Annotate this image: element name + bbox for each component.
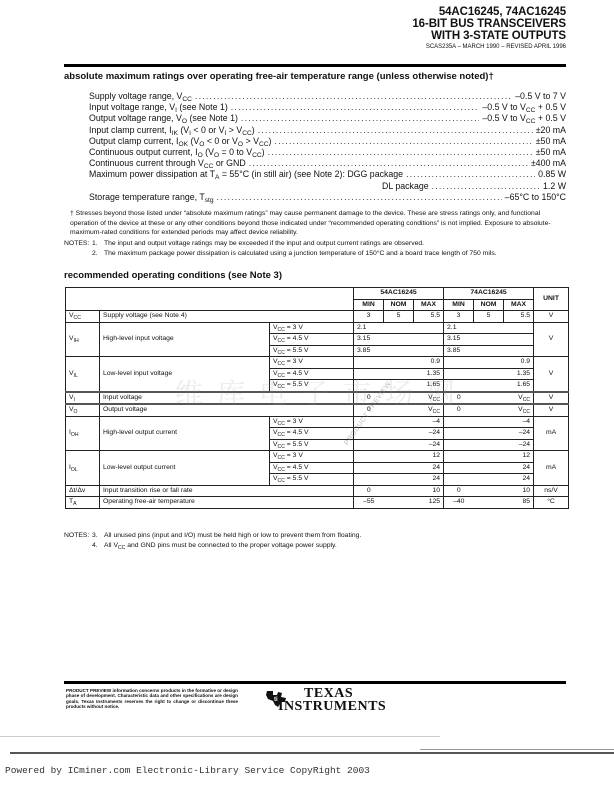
- rating-label: Supply voltage range, VCC: [89, 91, 192, 101]
- rating-row: Output voltage range, VO (see Note 1)...…: [89, 113, 566, 124]
- rating-label: Continuous output current, IO (VO = 0 to…: [89, 147, 265, 157]
- ti-logo: ti TEXAS INSTRUMENTS: [264, 687, 386, 713]
- powered-by-text: Powered by ICminer.com Electronic-Librar…: [5, 765, 370, 776]
- product-preview-note: PRODUCT PREVIEW information concerns pro…: [66, 688, 238, 710]
- scan-artifact-line: [10, 752, 614, 754]
- scan-artifact-line: [0, 736, 440, 737]
- logo-instruments: INSTRUMENTS: [278, 700, 386, 713]
- rating-value: 1.2 W: [543, 181, 566, 191]
- leader-dots: ........................................…: [217, 192, 502, 202]
- abs-max-footnote: † Stresses beyond those listed under “ab…: [64, 209, 569, 238]
- rating-value: –65°C to 150°C: [505, 192, 566, 202]
- rating-value: –0.5 V to VCC + 0.5 V: [482, 113, 566, 123]
- rating-row: DL package..............................…: [89, 181, 566, 192]
- leader-dots: ........................................…: [195, 91, 512, 101]
- leader-dots: ........................................…: [274, 136, 532, 146]
- rating-row: Input clamp current, IIK (VI < 0 or VI >…: [89, 125, 566, 136]
- table-row: VILLow-level input voltageVCC = 3 V0.90.…: [66, 357, 569, 369]
- leader-dots: ........................................…: [241, 113, 479, 123]
- leader-dots: ........................................…: [432, 181, 540, 191]
- rating-row: Maximum power dissipation at TA = 55°C (…: [89, 169, 566, 180]
- rating-row: Continuous output current, IO (VO = 0 to…: [89, 147, 566, 158]
- rating-value: ±400 mA: [531, 158, 566, 168]
- table-row: IOLLow-level output currentVCC = 3 V1212…: [66, 451, 569, 463]
- note-item: 4.All VCC and GND pins must be connected…: [64, 541, 361, 551]
- rating-value: ±50 mA: [536, 136, 566, 146]
- footer-rule: [64, 681, 566, 684]
- recommended-operating-conditions-table: 54AC1624574AC16245UNITMINNOMMAXMINNOMMAX…: [65, 287, 569, 509]
- document-header: 54AC16245, 74AC16245 16-BIT BUS TRANSCEI…: [412, 6, 566, 51]
- rating-value: –0.5 V to VCC + 0.5 V: [482, 102, 566, 112]
- notes-3-4: NOTES:3.All unused pins (input and I/O) …: [64, 531, 361, 550]
- rating-row: Output clamp current, IOK (VO < 0 or VO …: [89, 136, 566, 147]
- rating-label: Maximum power dissipation at TA = 55°C (…: [89, 169, 403, 179]
- rating-label: DL package: [89, 181, 429, 191]
- leader-dots: ........................................…: [249, 158, 528, 168]
- rating-row: Input voltage range, VI (see Note 1)....…: [89, 102, 566, 113]
- rating-value: ±20 mA: [536, 125, 566, 135]
- scan-artifact-line: [420, 749, 614, 750]
- table-row: VIHHigh-level input voltageVCC = 3 V2.12…: [66, 322, 569, 334]
- rating-value: –0.5 V to 7 V: [515, 91, 566, 101]
- table-row: IOHHigh-level output currentVCC = 3 V–4–…: [66, 416, 569, 428]
- leader-dots: ........................................…: [406, 169, 535, 179]
- rating-label: Output clamp current, IOK (VO < 0 or VO …: [89, 136, 271, 146]
- table-row: VOOutput voltage0VCC0VCCV: [66, 404, 569, 416]
- rating-label: Storage temperature range, Tstg: [89, 192, 214, 202]
- part-numbers: 54AC16245, 74AC16245: [412, 6, 566, 18]
- roc-title: recommended operating conditions (see No…: [64, 270, 282, 281]
- abs-max-list: Supply voltage range, VCC...............…: [89, 91, 566, 203]
- header-rule: [64, 64, 566, 67]
- table-row: VCCSupply voltage (see Note 4)355.5355.5…: [66, 311, 569, 323]
- rating-row: Storage temperature range, Tstg.........…: [89, 192, 566, 203]
- notes-1-2: NOTES:1.The input and output voltage rat…: [64, 239, 497, 258]
- note-item: 2.The maximum package power dissipation …: [64, 249, 497, 259]
- leader-dots: ........................................…: [268, 147, 533, 157]
- rating-label: Continuous current through VCC or GND: [89, 158, 246, 168]
- title-line-1: 16-BIT BUS TRANSCEIVERS: [412, 18, 566, 30]
- rating-label: Output voltage range, VO (see Note 1): [89, 113, 238, 123]
- rating-label: Input clamp current, IIK (VI < 0 or VI >…: [89, 125, 255, 135]
- table-row: VIInput voltage0VCC0VCCV: [66, 392, 569, 405]
- title-line-2: WITH 3-STATE OUTPUTS: [412, 30, 566, 42]
- rating-row: Continuous current through VCC or GND...…: [89, 158, 566, 169]
- leader-dots: ........................................…: [258, 125, 533, 135]
- note-item: NOTES:1.The input and output voltage rat…: [64, 239, 497, 249]
- leader-dots: ........................................…: [231, 102, 480, 112]
- rating-value: 0.85 W: [538, 169, 566, 179]
- rating-value: ±50 mA: [536, 147, 566, 157]
- table-row: TAOperating free-air temperature–55125–4…: [66, 497, 569, 509]
- abs-max-title: absolute maximum ratings over operating …: [64, 71, 494, 82]
- table-row: 54AC1624574AC16245UNIT: [66, 288, 569, 300]
- rating-row: Supply voltage range, VCC...............…: [89, 91, 566, 102]
- doc-id: SCAS235A – MARCH 1990 – REVISED APRIL 19…: [412, 43, 566, 51]
- table-row: Δt/ΔvInput transition rise or fall rate0…: [66, 485, 569, 497]
- rating-label: Input voltage range, VI (see Note 1): [89, 102, 228, 112]
- note-item: NOTES:3.All unused pins (input and I/O) …: [64, 531, 361, 541]
